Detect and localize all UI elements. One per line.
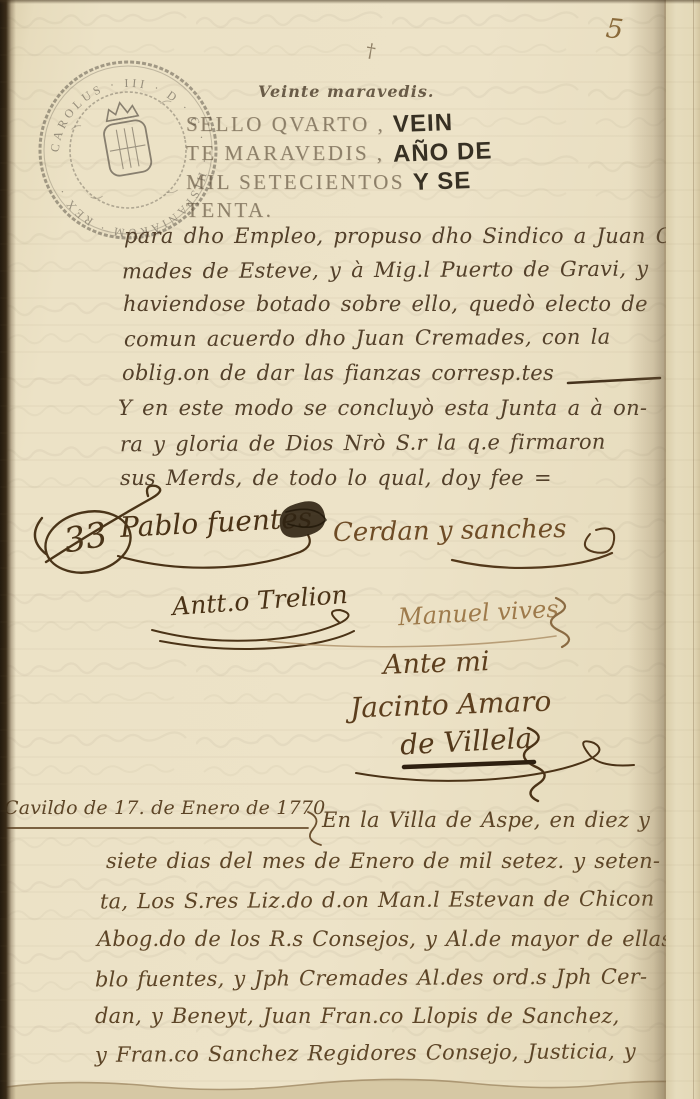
cavildo-text-line: Abog.do de los R.s Consejos, y Al.de may… <box>97 927 700 951</box>
lower-page-strip <box>0 1079 700 1099</box>
seal-overprint-text: AÑO DE <box>392 137 492 167</box>
sanches-knot-rubric <box>585 528 614 552</box>
adjacent-page-edge <box>666 0 700 1099</box>
folio-number: 5 <box>604 13 624 46</box>
seal-text-line-1: SELLO QVARTO ,VEIN <box>186 110 666 139</box>
cavildo-text-line: En la Villa de Aspe, en diez y <box>322 808 650 832</box>
seal-text-line-4: TENTA. <box>186 197 666 225</box>
page-curl-shadow <box>628 0 664 1099</box>
signature-cerdan-sanches: Cerdan y sanches <box>333 514 567 548</box>
body-text-line: sus Merds, de todo lo qual, doy fee = <box>120 466 552 490</box>
attestation-ante-mi: Ante mi <box>382 646 490 681</box>
cavildo-text-line: ta, Los S.res Liz.do d.on Man.l Estevan … <box>100 887 655 914</box>
cavildo-text-line: dan, y Beneyt, Juan Fran.co Llopis de Sa… <box>95 1004 619 1028</box>
body-text-line: para dho Empleo, propuso dho Sindico a J… <box>124 224 700 248</box>
torn-edge-line <box>0 1079 700 1089</box>
seal-base-text: MIL SETECIENTOS <box>186 170 405 194</box>
adjacent-page-line <box>693 0 694 1099</box>
manuscript-page: CAROLUS · III · D · G · · HISPANIARUM · … <box>0 0 700 1099</box>
cavildo-text-line: siete dias del mes de Enero de mil setez… <box>106 849 660 873</box>
stamp-speckles <box>70 100 187 208</box>
seal-base-text: TE MARAVEDIS , <box>186 141 385 165</box>
svg-text:CAROLUS · III · D · G ·: CAROLUS · III · D · G · <box>37 63 210 170</box>
stamp-legend-top: CAROLUS · III · D · G · <box>37 63 210 170</box>
seal-text-line-3: MIL SETECIENTOSY SE <box>186 168 666 197</box>
cavildo-margin-heading: Cavildo de 17. de Enero de 1770 <box>4 797 325 819</box>
body-text-line: haviendose botado sobre ello, quedò elec… <box>123 292 648 316</box>
binding-edge <box>0 0 16 1099</box>
seal-text-line-2: TE MARAVEDIS ,AÑO DE <box>186 139 666 168</box>
page-edge-crease <box>664 0 666 1099</box>
body-text-line: mades de Esteve, y à Mig.l Puerto de Gra… <box>122 257 649 284</box>
body-text-line: comun acuerdo dho Juan Cremades, con la <box>124 325 611 352</box>
notary-surname-de-villela: de Villela <box>399 722 533 762</box>
manuel-underline-rubric <box>268 636 556 647</box>
stamp-shield-icon <box>102 119 152 178</box>
sanches-underline-rubric <box>452 553 612 568</box>
printed-seal-block: SELLO QVARTO ,VEIN TE MARAVEDIS ,AÑO DE … <box>186 110 666 225</box>
top-edge-shadow <box>0 0 700 4</box>
cavildo-text-line: blo fuentes, y Jph Cremades Al.des ord.s… <box>95 965 647 992</box>
signature-pablo-fuentes: Pablo fuentes <box>119 501 313 544</box>
seal-overprint-text: VEIN <box>393 109 454 138</box>
invocation-cross-mark: † <box>364 39 377 62</box>
villela-heavy-line <box>404 762 534 767</box>
notary-name-jacinto-amaro: Jacinto Amaro <box>349 684 551 724</box>
seal-base-text: SELLO QVARTO , <box>186 112 385 136</box>
printed-tax-line: Veinte maravedis. <box>258 82 434 101</box>
seal-overprint-text: Y SE <box>412 167 471 196</box>
stamp-crown-icon <box>104 100 138 121</box>
signature-antonio-trelion: Antt.o Trelion <box>171 580 348 621</box>
cavildo-text-line: y Fran.co Sanchez Regidores Consejo, Jus… <box>95 1039 636 1067</box>
body-text-line: oblig.on de dar las fianzas corresp.tes <box>122 361 554 385</box>
body-text-line: ra y gloria de Dios Nrò S.r la q.e firma… <box>120 430 606 457</box>
seal-base-text: TENTA. <box>186 198 273 222</box>
body-text-line: Y en este modo se concluyò esta Junta a … <box>118 396 647 420</box>
margin-item-number: 33 <box>61 515 111 562</box>
signature-manuel-vives: Manuel vives <box>397 595 559 631</box>
